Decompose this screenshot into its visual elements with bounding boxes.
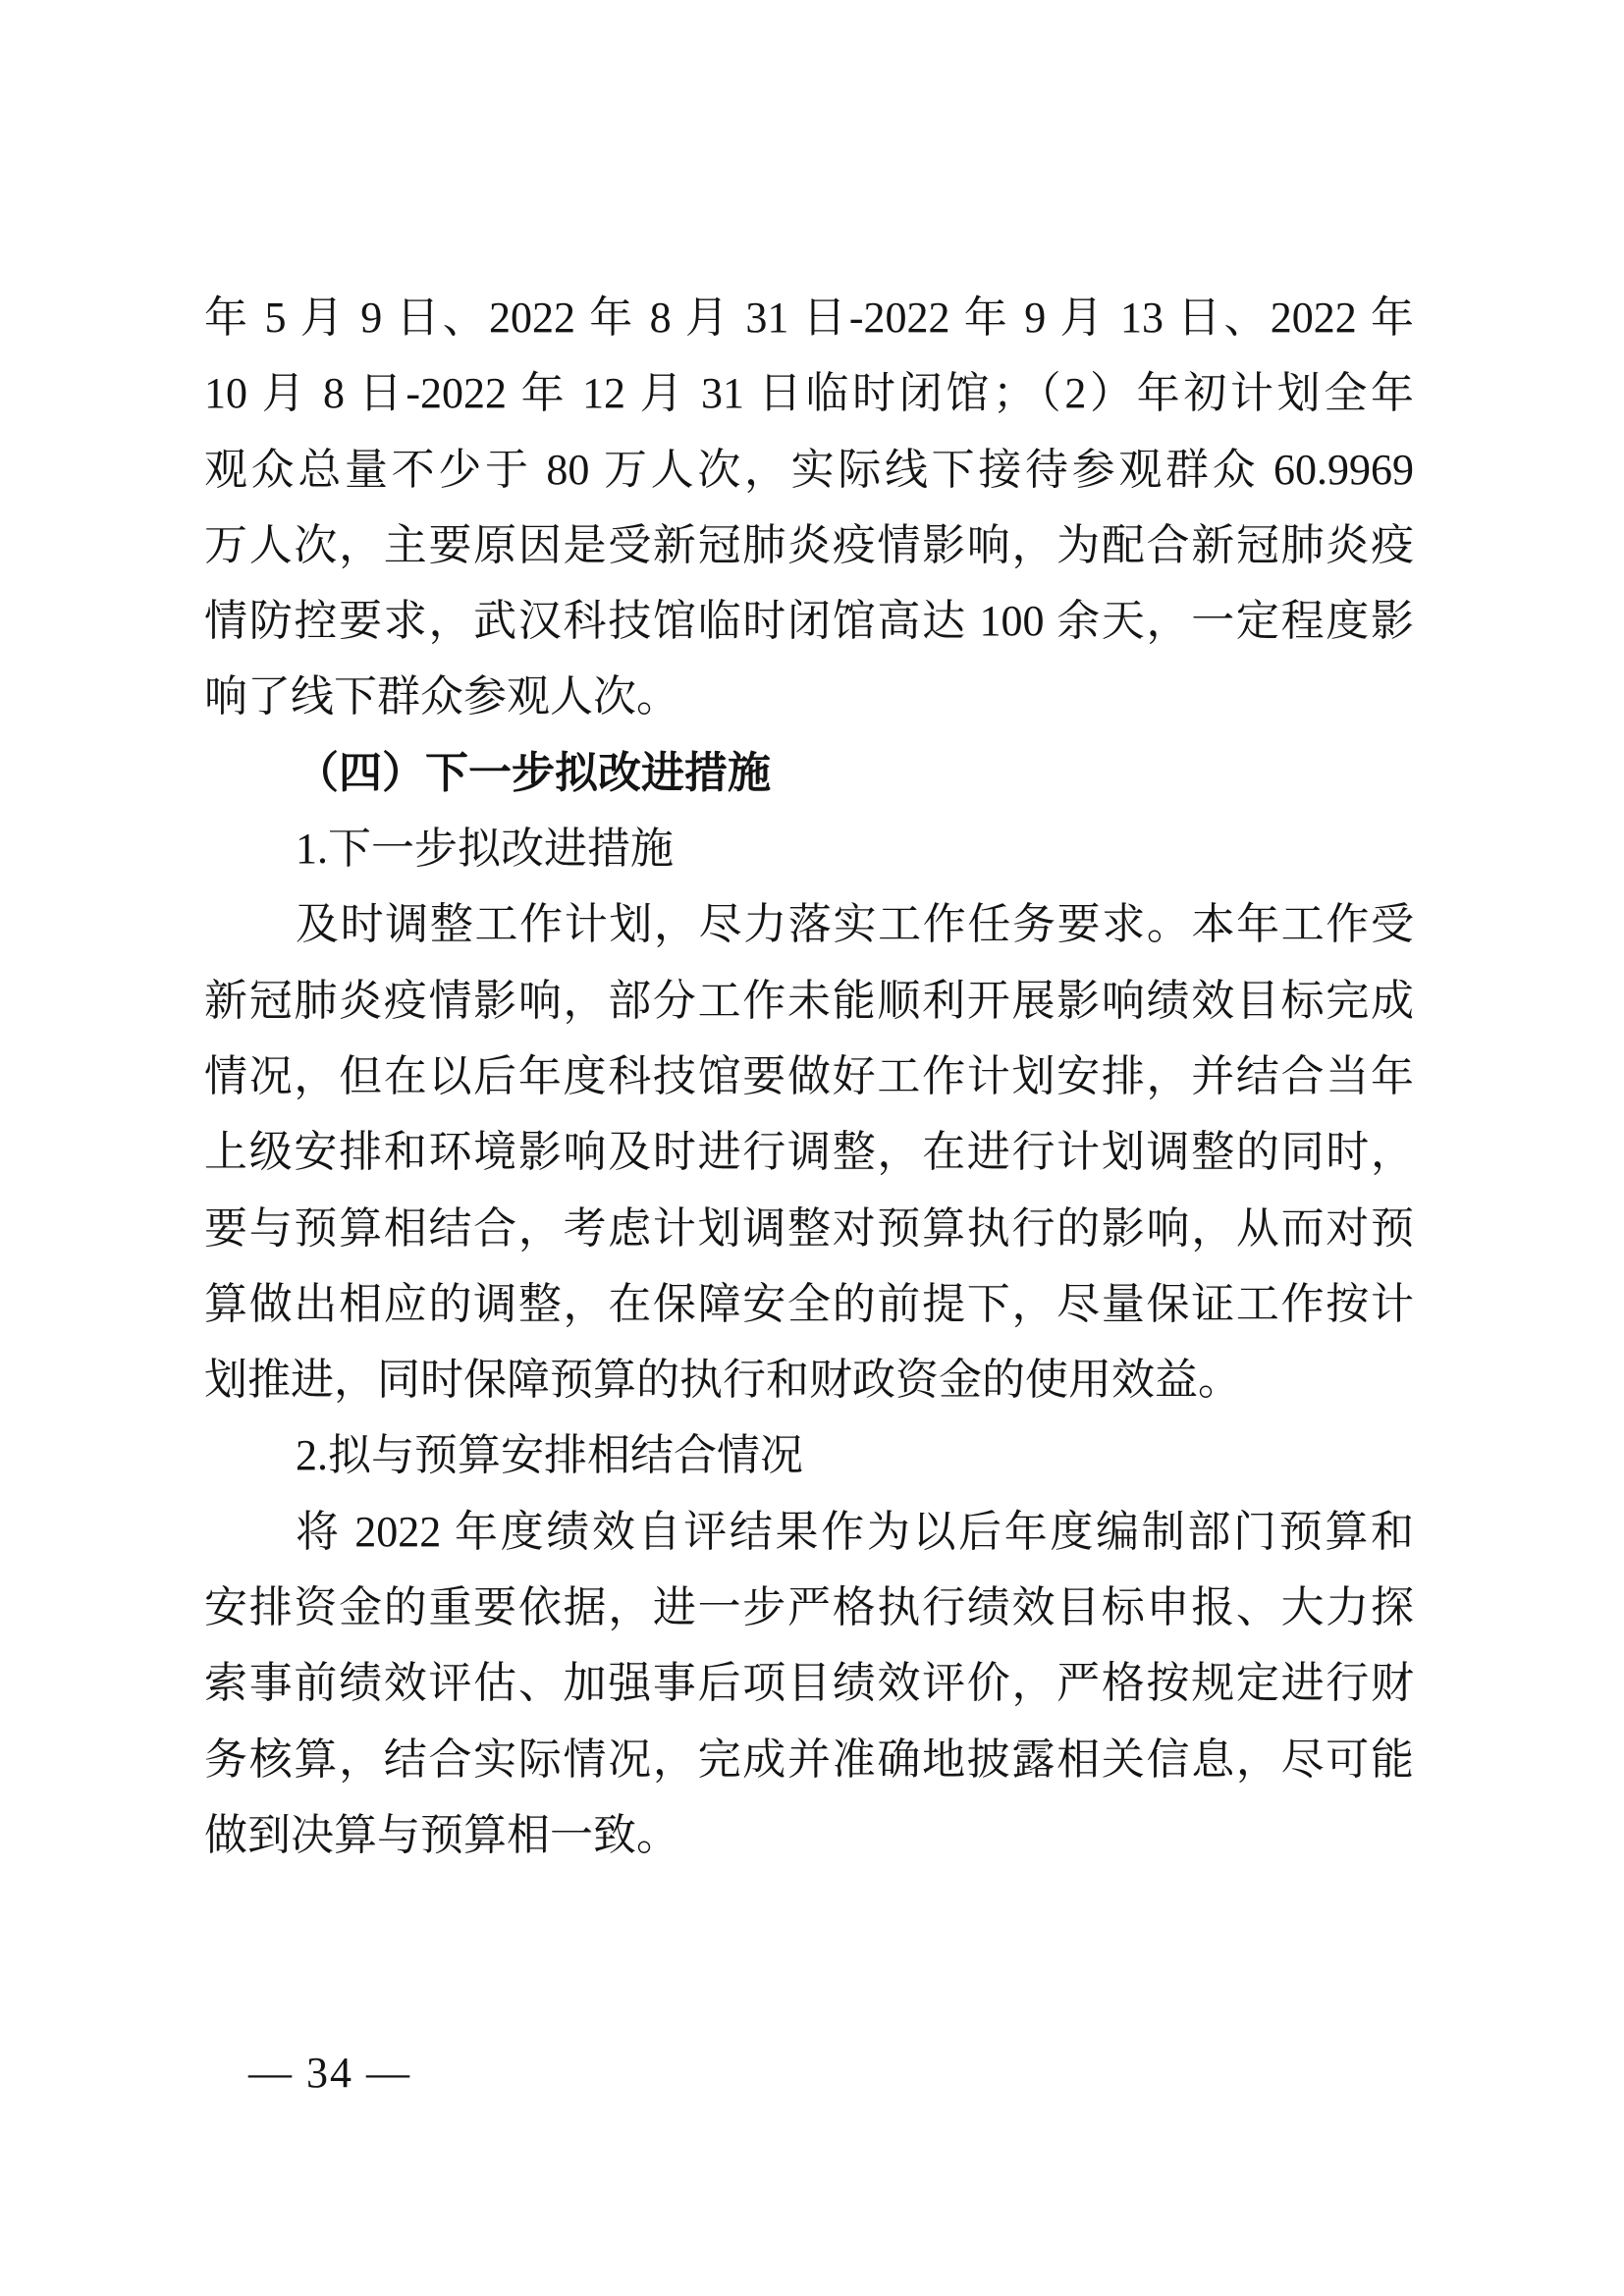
text-line: 10 月 8 日-2022 年 12 月 31 日临时闭馆；（2）年初计划全年 <box>204 355 1414 431</box>
text-line: 年 5 月 9 日、2022 年 8 月 31 日-2022 年 9 月 13 … <box>204 280 1414 355</box>
text-line: （四）下一步拟改进措施 <box>204 735 1414 811</box>
text-line: 1.下一步拟改进措施 <box>204 811 1414 886</box>
text-line: 响了线下群众参观人次。 <box>204 659 1414 734</box>
text-line: 观众总量不少于 80 万人次，实际线下接待参观群众 60.9969 <box>204 432 1414 507</box>
text-line: 情况，但在以后年度科技馆要做好工作计划安排，并结合当年 <box>204 1039 1414 1114</box>
text-line: 索事前绩效评估、加强事后项目绩效评价，严格按规定进行财 <box>204 1645 1414 1721</box>
text-line: 新冠肺炎疫情影响，部分工作未能顺利开展影响绩效目标完成 <box>204 963 1414 1039</box>
text-line: 算做出相应的调整，在保障安全的前提下，尽量保证工作按计 <box>204 1266 1414 1342</box>
document-page: 年 5 月 9 日、2022 年 8 月 31 日-2022 年 9 月 13 … <box>0 0 1624 2296</box>
text-line: 情防控要求，武汉科技馆临时闭馆高达 100 余天，一定程度影 <box>204 583 1414 659</box>
text-line: 要与预算相结合，考虑计划调整对预算执行的影响，从而对预 <box>204 1191 1414 1266</box>
text-line: 做到决算与预算相一致。 <box>204 1797 1414 1873</box>
text-line: 安排资金的重要依据，进一步严格执行绩效目标申报、大力探 <box>204 1570 1414 1645</box>
text-line: 2.拟与预算安排相结合情况 <box>204 1417 1414 1493</box>
text-line: 万人次，主要原因是受新冠肺炎疫情影响，为配合新冠肺炎疫 <box>204 507 1414 583</box>
text-line: 上级安排和环境影响及时进行调整，在进行计划调整的同时， <box>204 1114 1414 1190</box>
text-line: 将 2022 年度绩效自评结果作为以后年度编制部门预算和 <box>204 1494 1414 1570</box>
page-number: — 34 — <box>248 2052 411 2095</box>
text-line: 划推进，同时保障预算的执行和财政资金的使用效益。 <box>204 1342 1414 1417</box>
text-line: 务核算，结合实际情况，完成并准确地披露相关信息，尽可能 <box>204 1722 1414 1797</box>
document-body: 年 5 月 9 日、2022 年 8 月 31 日-2022 年 9 月 13 … <box>204 280 1414 1873</box>
text-line: 及时调整工作计划，尽力落实工作任务要求。本年工作受 <box>204 886 1414 962</box>
